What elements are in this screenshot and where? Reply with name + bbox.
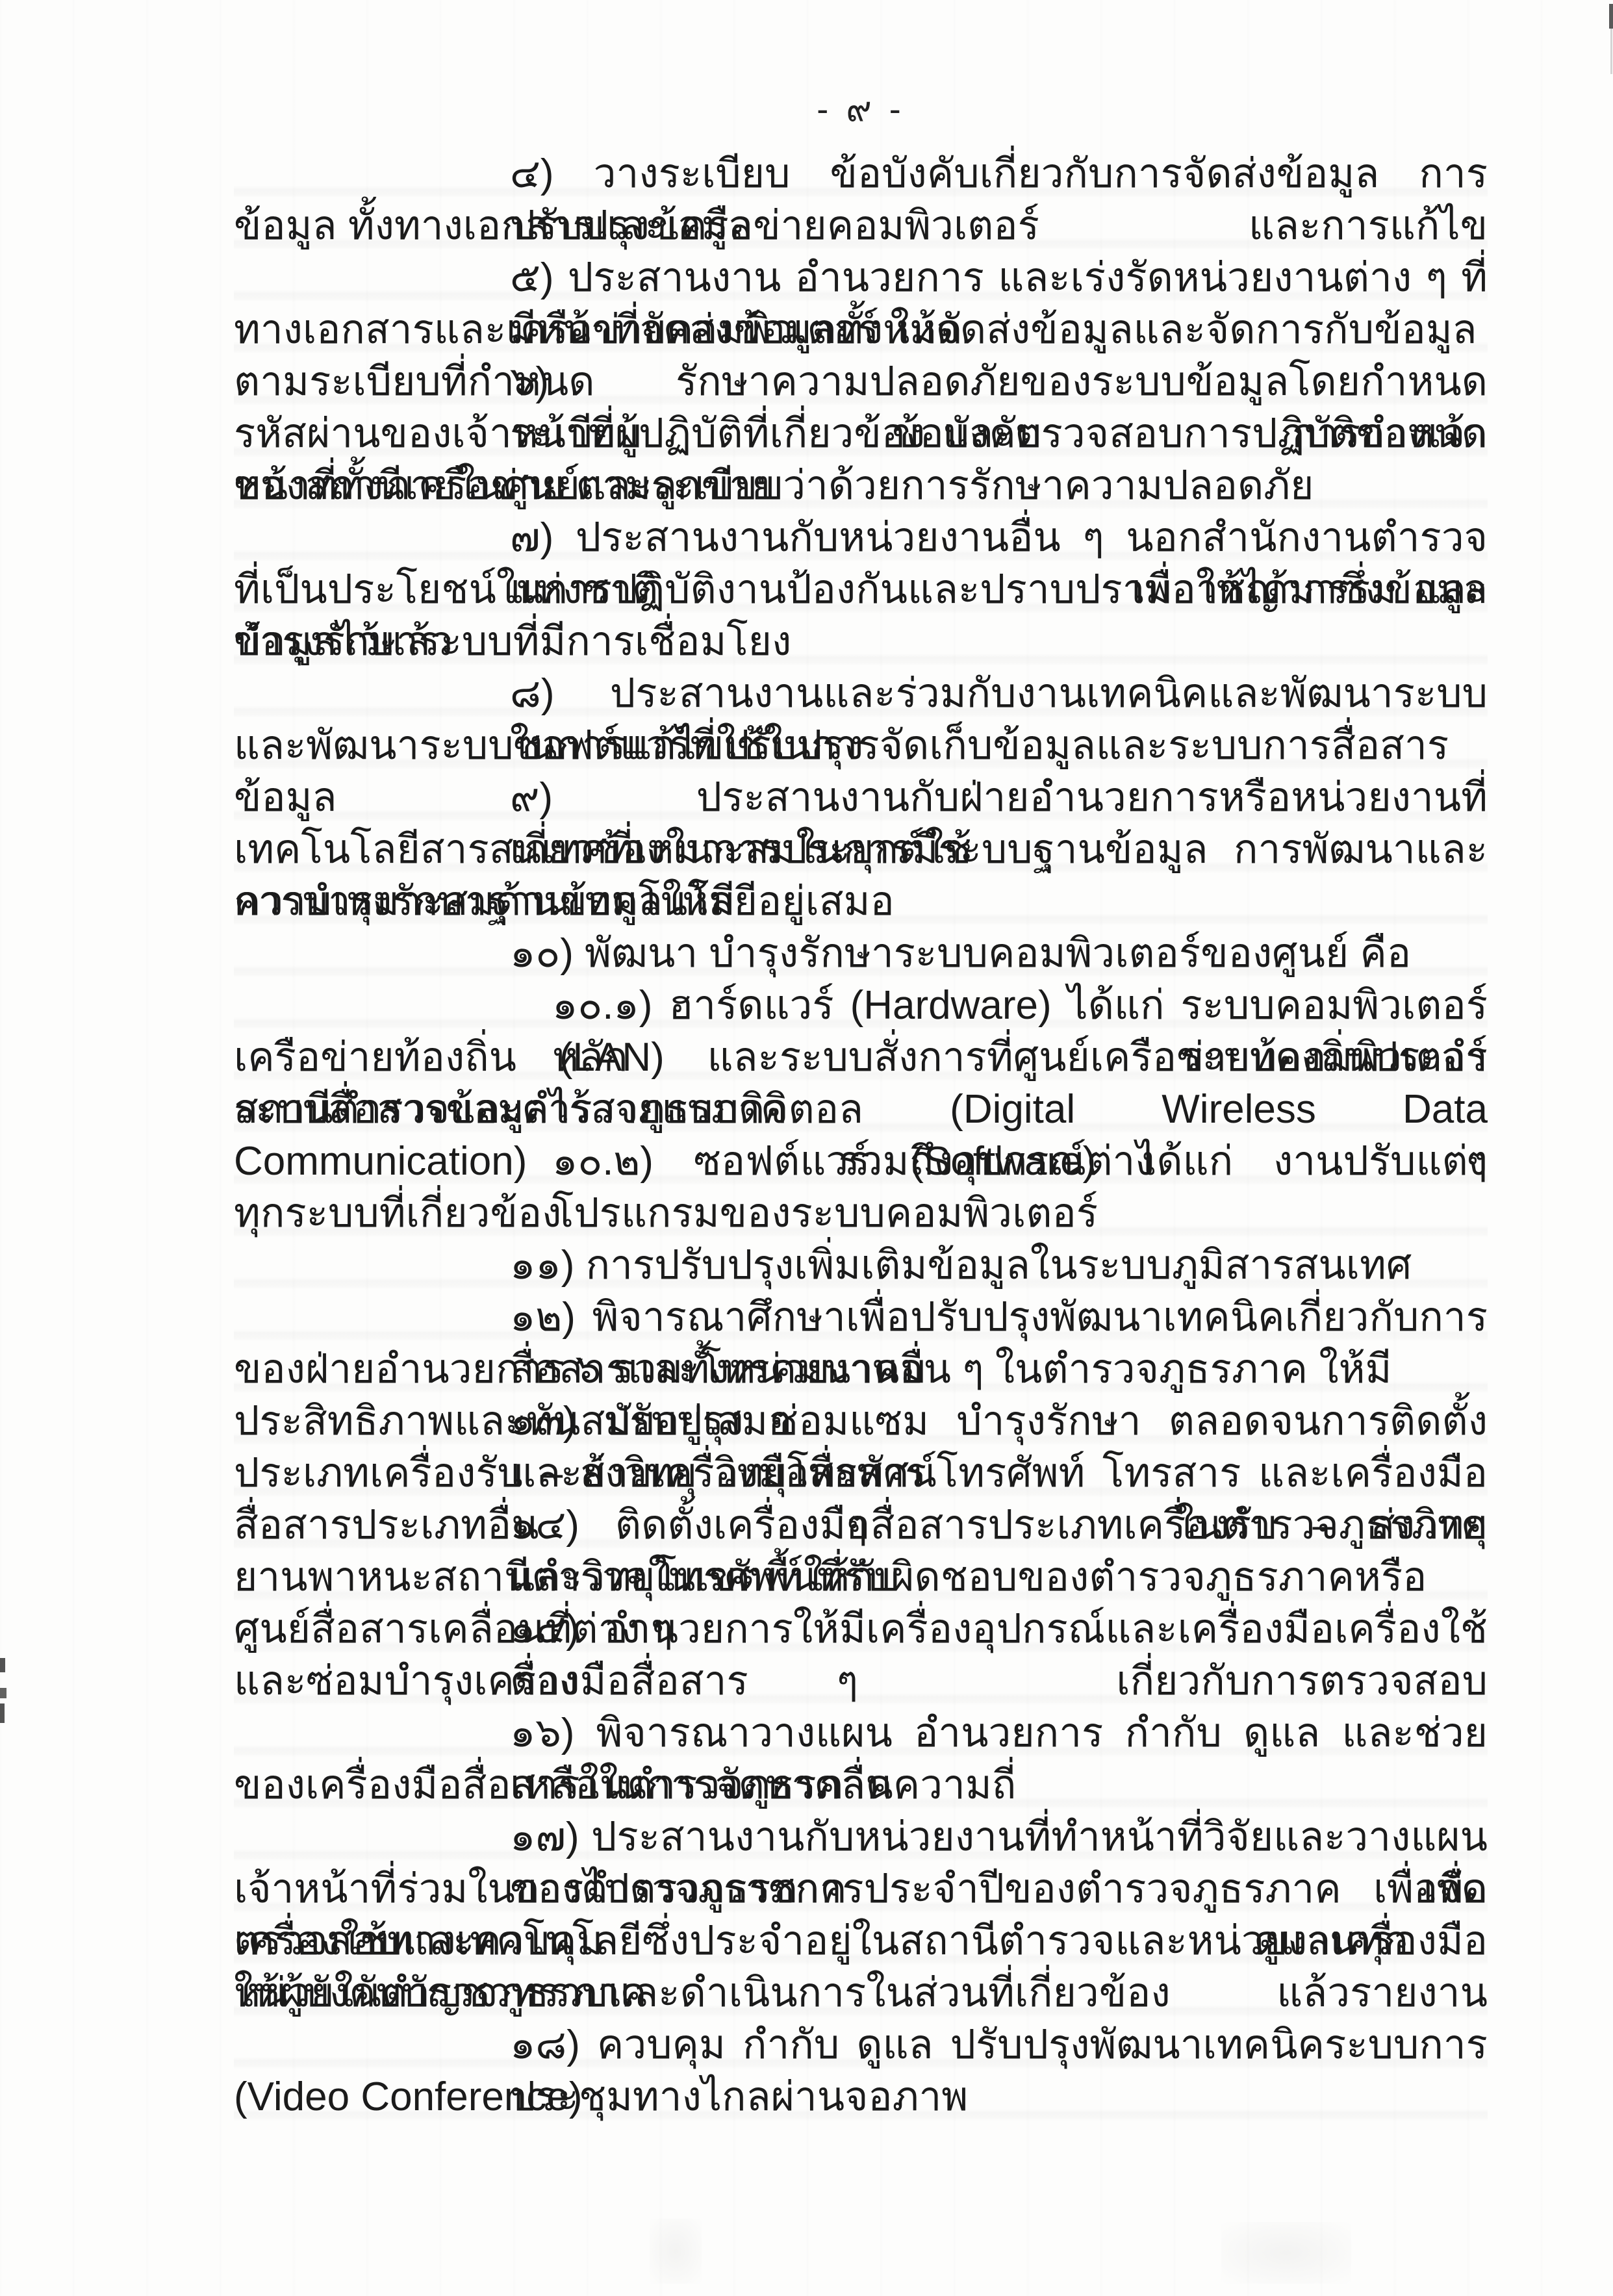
text-line: ๑๑) การปรับปรุงเพิ่มเติมข้อมูลในระบบภูมิ… <box>234 1240 1488 1292</box>
text-line: ๗) ประสานงานกับหน่วยงานอื่น ๆ นอกสำนักงา… <box>234 512 1488 564</box>
text-line: รหัสผ่านของเจ้าหน้าที่ผู้ปฏิบัติที่เกี่ย… <box>234 408 1488 460</box>
scan-artifact-smudge <box>650 2219 702 2284</box>
text-line: ๑๐.๑) ฮาร์ดแวร์ (Hardware) ได้แก่ ระบบคอ… <box>234 980 1488 1032</box>
text-line: เครือข่ายท้องถิ่น (LAN) และระบบสั่งการที… <box>234 1032 1488 1084</box>
text-line: ประเภทเครื่องรับ – ส่งวิทยุ วิทยุโทรทัศน… <box>234 1448 1488 1499</box>
text-line: ยานพาหนะสถานีตำรวจในเขตพื้นที่รับผิดชอบข… <box>234 1551 1488 1603</box>
scan-artifact-edge <box>0 1658 5 1672</box>
text-line: ของฝ่ายอำนวยการ ๖ รวมทั้งหน่วยงานอื่น ๆ … <box>234 1344 1488 1396</box>
scan-artifact-edge <box>0 1688 6 1698</box>
text-line: ๑๘) ควบคุม กำกับ ดูแล ปรับปรุงพัฒนาเทคนิ… <box>234 2019 1488 2071</box>
text-line: ๕) ประสานงาน อำนวยการ และเร่งรัดหน่วยงาน… <box>234 252 1488 304</box>
scan-artifact-smudge <box>1221 2222 1351 2284</box>
document-body: ๔) วางระเบียบ ข้อบังคับเกี่ยวกับการจัดส่… <box>234 148 1488 2123</box>
scan-artifact-corner-fade <box>1610 29 1612 74</box>
text-line: ๑๗) ประสานงานกับหน่วยงานที่ทำหน้าที่วิจั… <box>234 1811 1488 1863</box>
scan-artifact-edge <box>0 1703 5 1723</box>
text-line: ระบบสื่อสารข้อมูลไร้สายแบบดิจิตอล (Digit… <box>234 1084 1488 1136</box>
text-line: ๙) ประสานงานกับฝ่ายอำนวยการหรือหน่วยงานท… <box>234 772 1488 824</box>
text-line: เครื่องใช้ทางเทคโนโลยีซึ่งประจำอยู่ในสถา… <box>234 1915 1488 1967</box>
text-line: ความเหมาะสมด้านเทคโนโลยีอยู่เสมอ <box>234 876 1488 928</box>
page-number: - ๙ - <box>234 83 1488 135</box>
text-line: ๑๖) พิจารณาวางแผน อำนวยการ กำกับ ดูแล แล… <box>234 1707 1488 1759</box>
text-line: ข้อมูลไว้แล้ว <box>234 616 1488 668</box>
text-line: ทางเอกสารและเครือข่ายคอมพิวเตอร์ ให้จัดส… <box>234 304 1488 356</box>
scanned-document-page: - ๙ - ๔) วางระเบียบ ข้อบังคับเกี่ยวกับกา… <box>0 0 1613 2296</box>
text-line: และพัฒนาระบบซอฟต์แวร์ที่ใช้ในการจัดเก็บข… <box>234 720 1488 772</box>
text-line: ที่เป็นประโยชน์ในการปฏิบัติงานป้องกันและ… <box>234 564 1488 616</box>
text-line: ๔) วางระเบียบ ข้อบังคับเกี่ยวกับการจัดส่… <box>234 148 1488 200</box>
text-line: เทคโนโลยีสารสนเทศที่เหมาะสมในการมีระบบฐา… <box>234 824 1488 876</box>
text-line: ๘) ประสานงานและร่วมกับงานเทคนิคและพัฒนาร… <box>234 668 1488 720</box>
text-line: ของเครื่องมือสื่อสารในตำรวจภูธรภาค <box>234 1759 1488 1811</box>
text-line: เจ้าหน้าที่ร่วมในการไปตรวจราชการประจำปีข… <box>234 1863 1488 1915</box>
text-line: ๑๒) พิจารณาศึกษาเพื่อปรับปรุงพัฒนาเทคนิค… <box>234 1292 1488 1344</box>
scan-artifact-corner <box>1609 4 1613 29</box>
text-line: ๑๐) พัฒนา บำรุงรักษาระบบคอมพิวเตอร์ของศู… <box>234 928 1488 980</box>
text-line: ของสถานีเครือข่าย ตามระเบียบว่าด้วยการรั… <box>234 460 1488 512</box>
